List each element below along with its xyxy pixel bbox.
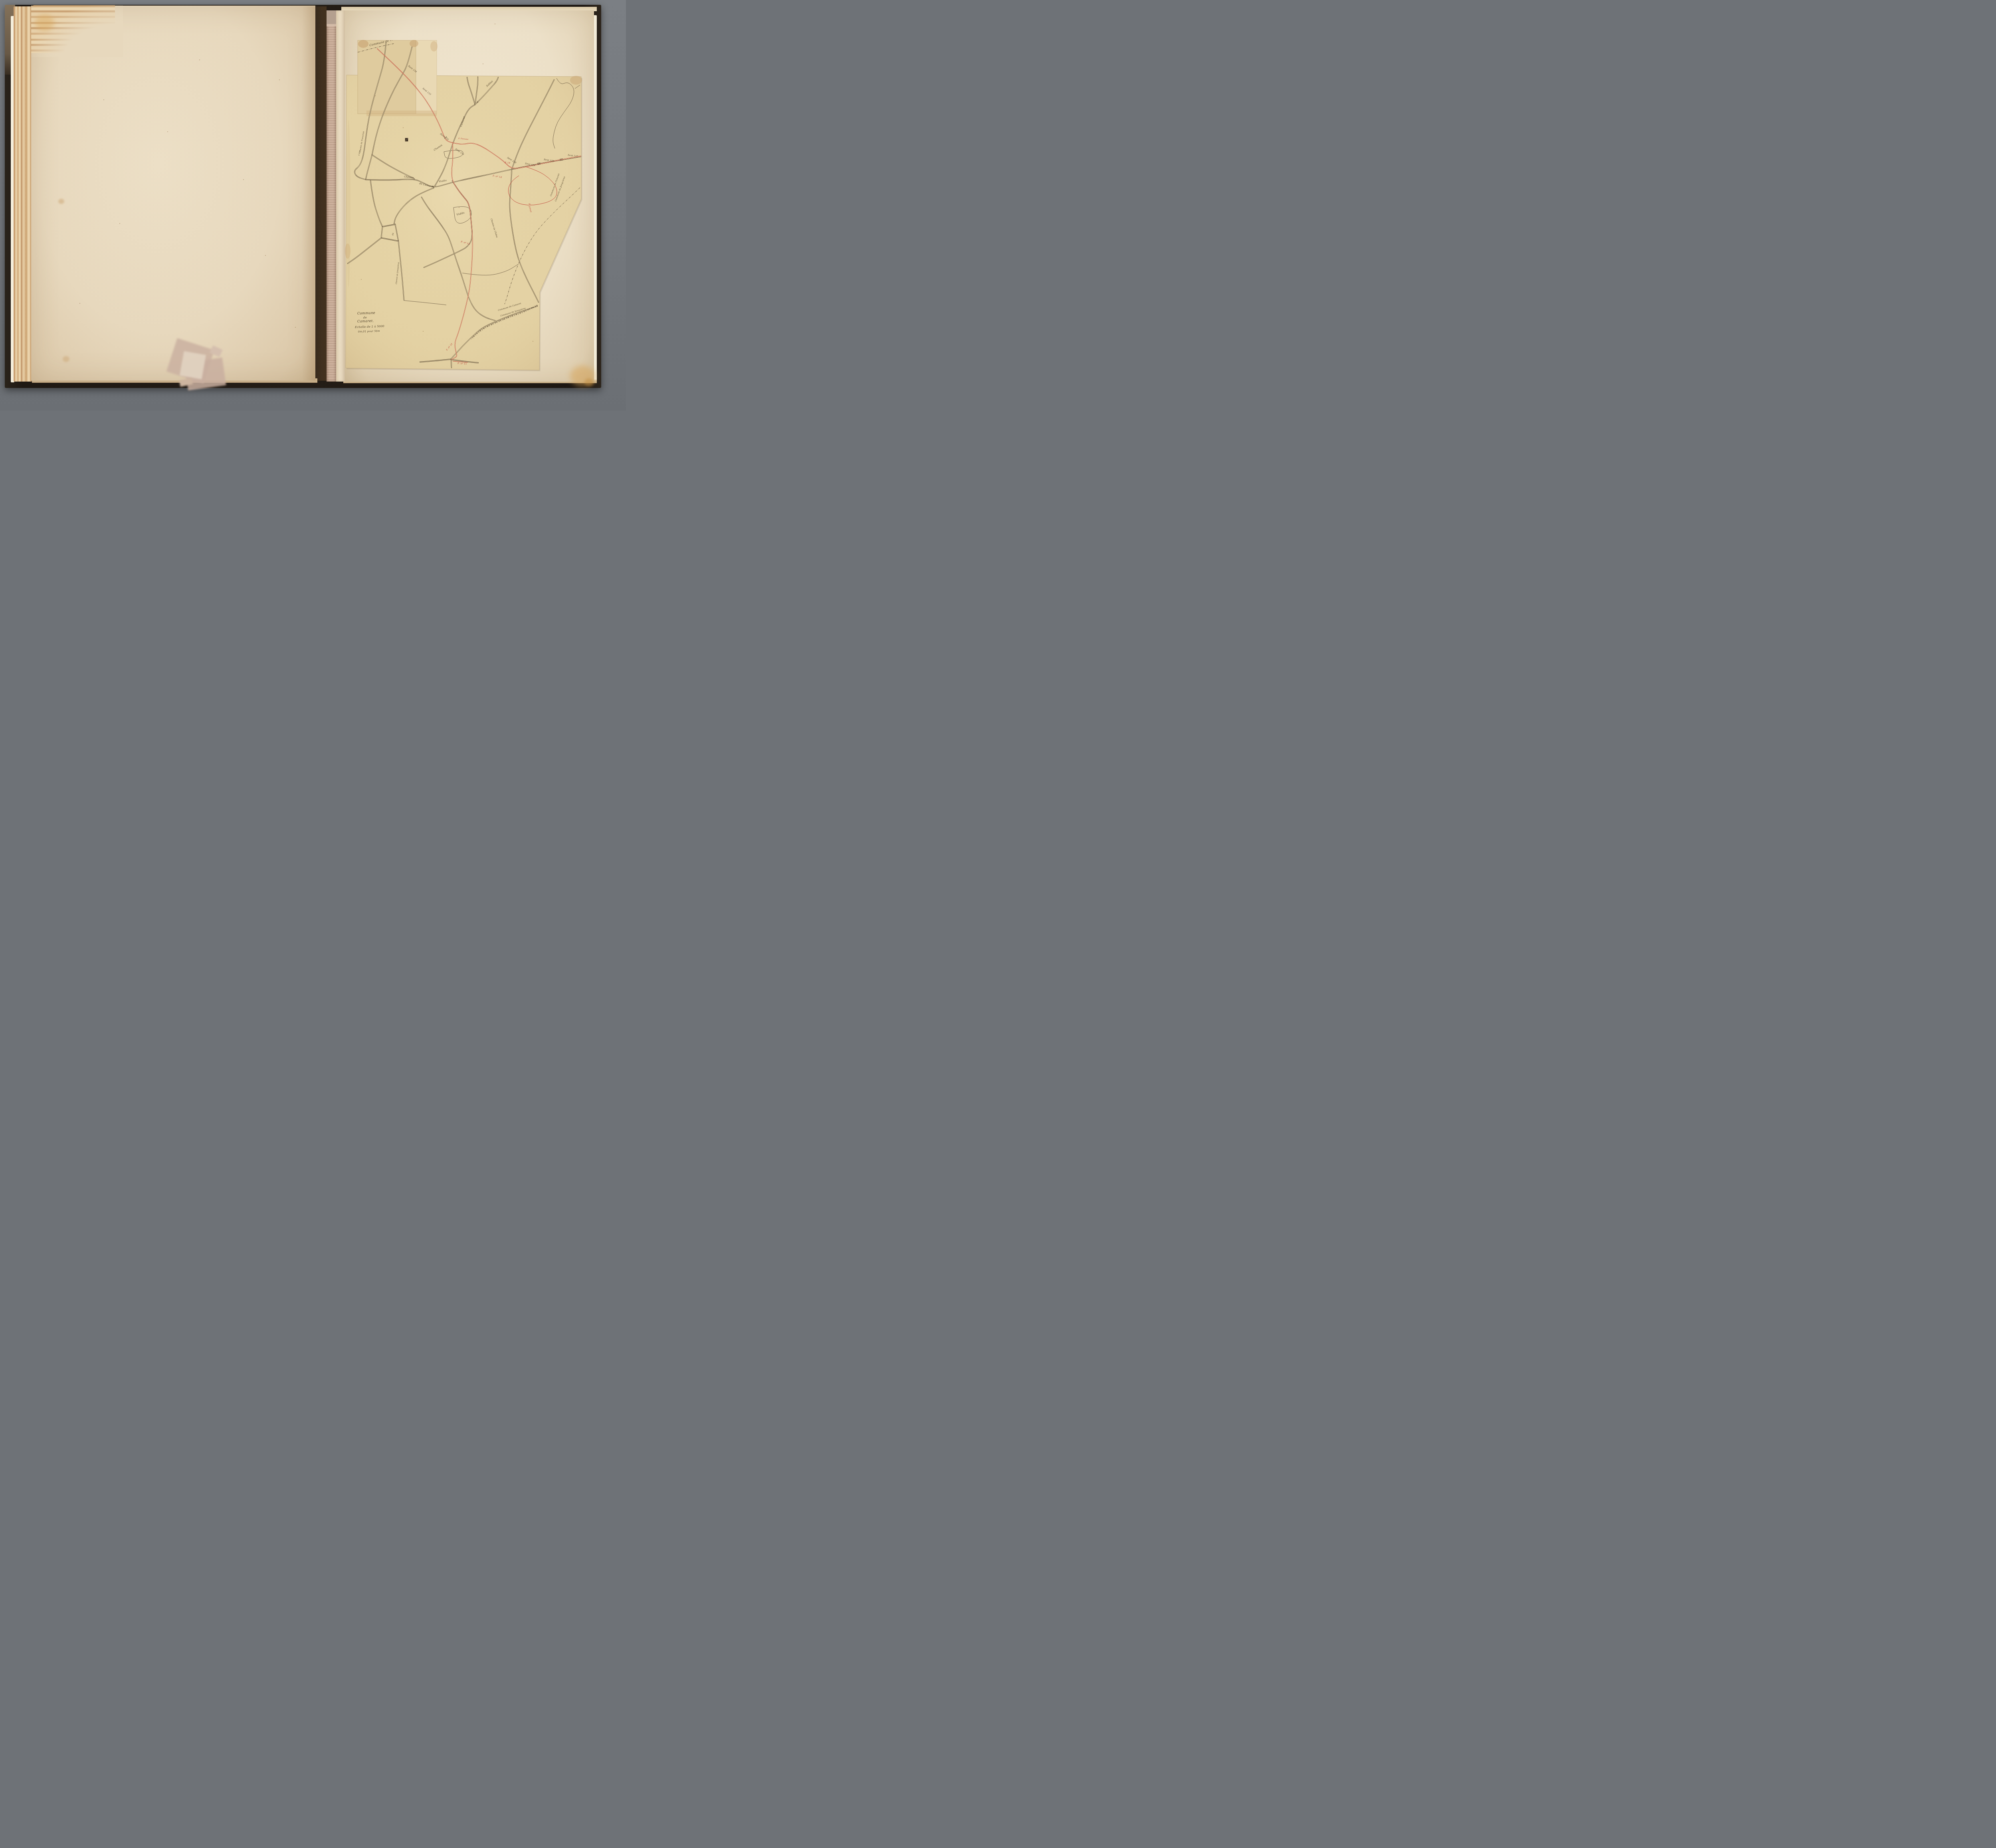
glue-smudge: [410, 40, 418, 47]
pasted-slip: [358, 40, 416, 114]
foxing-dot: [375, 95, 376, 96]
label-a-violes: à: [432, 185, 434, 188]
foxing-dot: [295, 327, 296, 328]
foxing-dot: [79, 303, 80, 304]
foxing-dot: [403, 127, 404, 128]
foxing-dot: [361, 279, 362, 280]
foxing-dot: [199, 59, 200, 60]
foxing-dot: [423, 331, 424, 332]
glue-smudge: [570, 76, 582, 85]
label-du-triangle: du: [392, 233, 394, 236]
slip-glue-band: [366, 111, 437, 116]
foxing-dot: [167, 131, 168, 132]
foxing-dot: [279, 79, 280, 80]
foxing-dot: [265, 255, 266, 256]
foxing-dot: [483, 63, 483, 64]
scanned-album-photo: Commune de TravaillanSent 134Sent 133Sen…: [0, 0, 626, 411]
foxing-dot: [103, 99, 104, 100]
caption-de: de: [363, 316, 367, 319]
caption-camaret: Camaret.: [357, 319, 374, 324]
foxing-dot: [533, 341, 533, 342]
foxing-dot: [119, 223, 120, 224]
foxing-dot: [459, 207, 459, 208]
label-p14: P. 14: [504, 162, 511, 164]
glue-smudge: [358, 40, 368, 48]
foxing-dot: [243, 179, 244, 180]
foxing-dot: [495, 24, 495, 24]
map-drawing: Commune de TravaillanSent 134Sent 133Sen…: [0, 0, 626, 411]
caption-commune: Commune: [357, 311, 375, 316]
glue-smudge: [430, 41, 438, 51]
